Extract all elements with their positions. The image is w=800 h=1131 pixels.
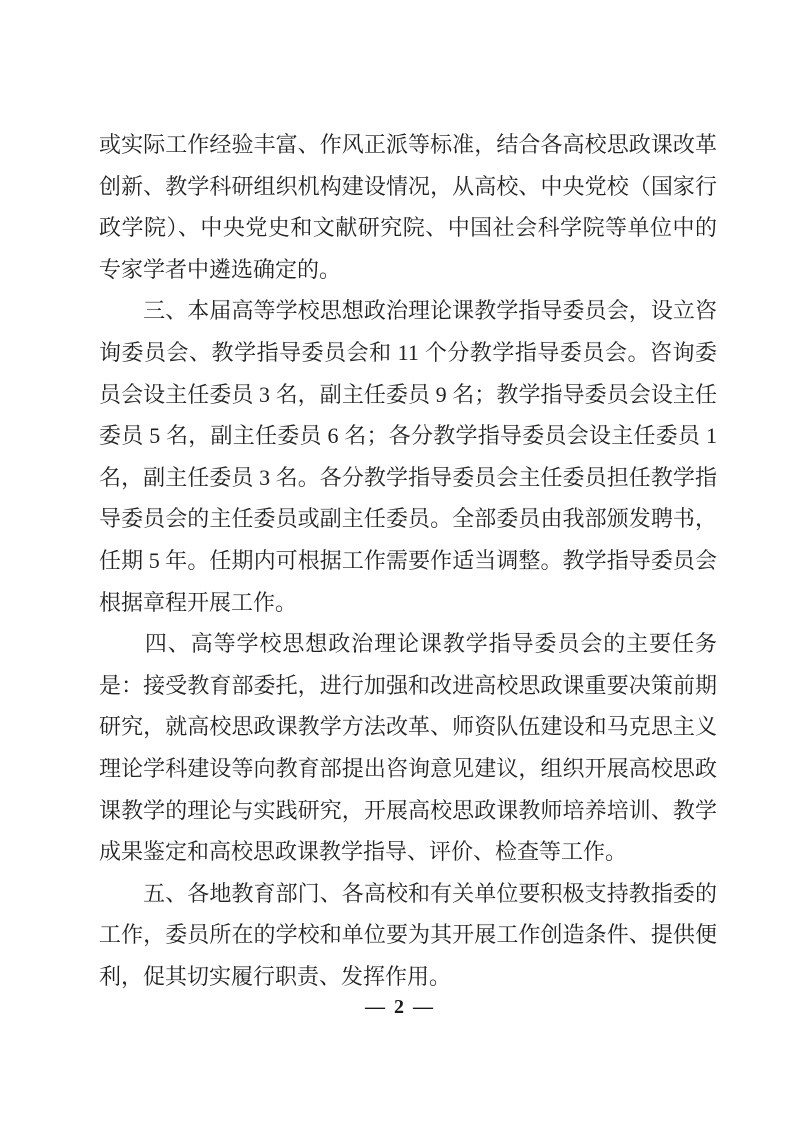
text-line: 四、高等学校思想政治理论课教学指导委员会的主要任务 (99, 623, 717, 665)
text-line: 政学院）、中央党史和文献研究院、中国社会科学院等单位中的 (99, 207, 717, 249)
text-line: 询委员会、教学指导委员会和 11 个分教学指导委员会。咨询委 (99, 332, 717, 374)
text-line: 任期 5 年。任期内可根据工作需要作适当调整。教学指导委员会 (99, 540, 717, 582)
text-line: 专家学者中遴选确定的。 (99, 249, 717, 291)
text-line: 成果鉴定和高校思政课教学指导、评价、检查等工作。 (99, 831, 717, 873)
paragraph: 或实际工作经验丰富、作风正派等标准，结合各高校思政课改革创新、教学科研组织机构建… (99, 124, 717, 290)
text-line: 根据章程开展工作。 (99, 582, 717, 624)
paragraph: 五、各地教育部门、各高校和有关单位要积极支持教指委的工作，委员所在的学校和单位要… (99, 873, 717, 998)
page-number: — 2 — (0, 996, 800, 1019)
document-page: 或实际工作经验丰富、作风正派等标准，结合各高校思政课改革创新、教学科研组织机构建… (0, 0, 800, 1131)
text-line: 或实际工作经验丰富、作风正派等标准，结合各高校思政课改革 (99, 124, 717, 166)
text-line: 三、本届高等学校思想政治理论课教学指导委员会，设立咨 (99, 290, 717, 332)
text-line: 员会设主任委员 3 名，副主任委员 9 名；教学指导委员会设主任 (99, 374, 717, 416)
paragraph: 四、高等学校思想政治理论课教学指导委员会的主要任务是：接受教育部委托，进行加强和… (99, 623, 717, 873)
text-line: 利，促其切实履行职责、发挥作用。 (99, 956, 717, 998)
text-line: 五、各地教育部门、各高校和有关单位要积极支持教指委的 (99, 873, 717, 915)
text-line: 创新、教学科研组织机构建设情况，从高校、中央党校（国家行 (99, 166, 717, 208)
text-line: 课教学的理论与实践研究，开展高校思政课教师培养培训、教学 (99, 790, 717, 832)
text-line: 理论学科建设等向教育部提出咨询意见建议，组织开展高校思政 (99, 748, 717, 790)
text-line: 研究，就高校思政课教学方法改革、师资队伍建设和马克思主义 (99, 706, 717, 748)
text-line: 名，副主任委员 3 名。各分教学指导委员会主任委员担任教学指 (99, 457, 717, 499)
text-line: 是：接受教育部委托，进行加强和改进高校思政课重要决策前期 (99, 665, 717, 707)
paragraph: 三、本届高等学校思想政治理论课教学指导委员会，设立咨询委员会、教学指导委员会和 … (99, 290, 717, 623)
text-line: 委员 5 名，副主任委员 6 名；各分教学指导委员会设主任委员 1 (99, 415, 717, 457)
document-body: 或实际工作经验丰富、作风正派等标准，结合各高校思政课改革创新、教学科研组织机构建… (99, 124, 717, 997)
text-line: 导委员会的主任委员或副主任委员。全部委员由我部颁发聘书， (99, 498, 717, 540)
text-line: 工作，委员所在的学校和单位要为其开展工作创造条件、提供便 (99, 914, 717, 956)
